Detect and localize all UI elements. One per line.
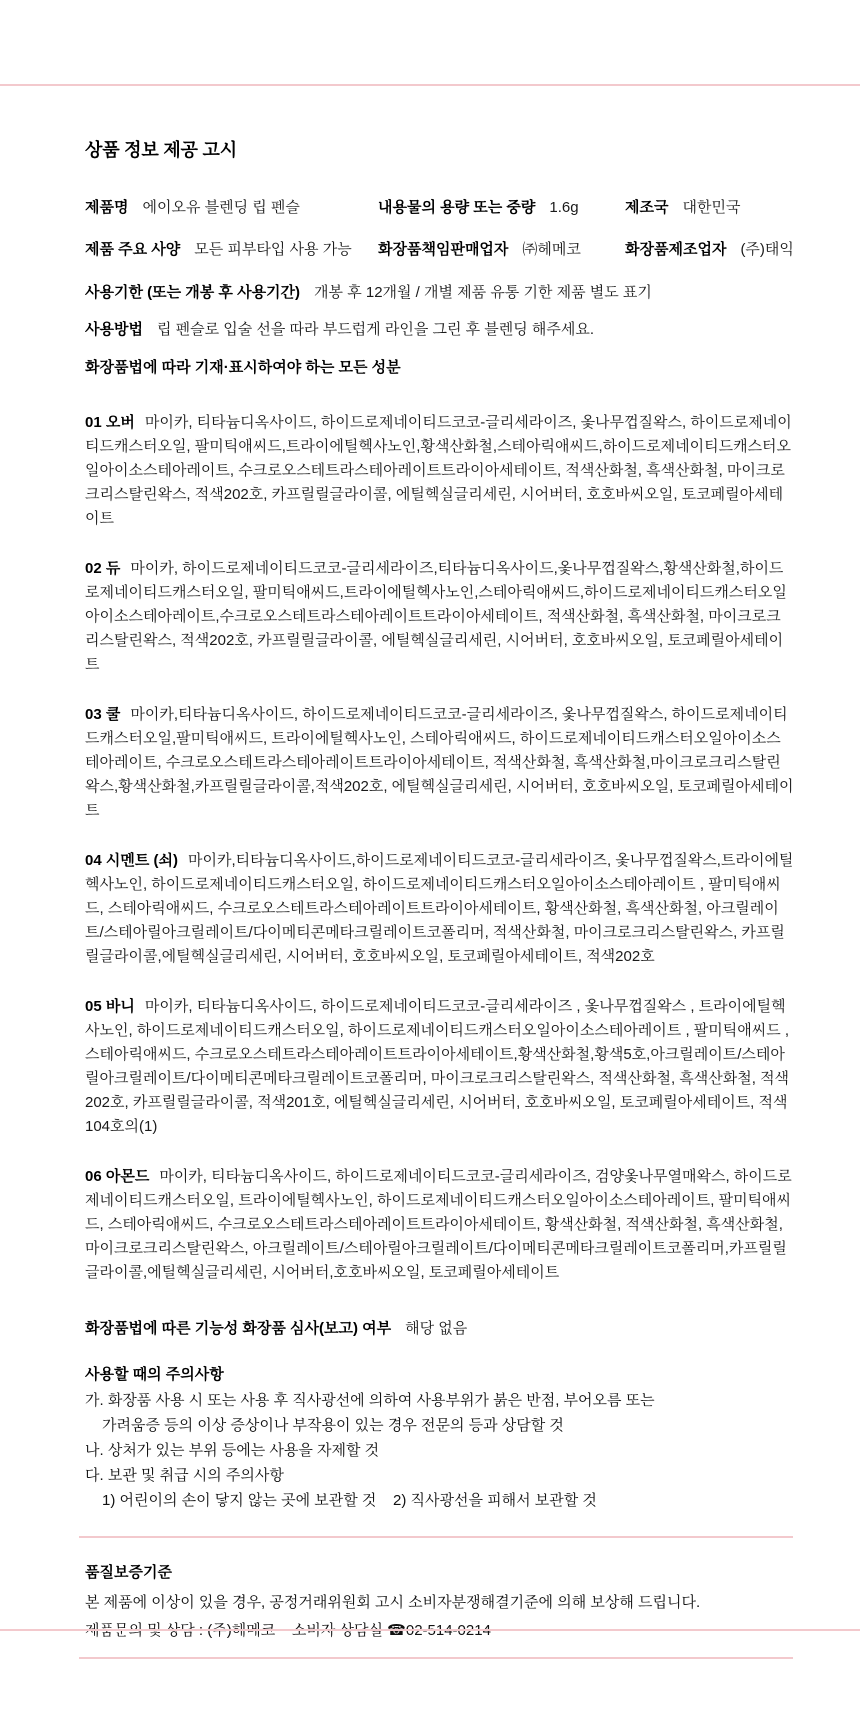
usage-field: 사용방법립 펜슬로 입술 선을 따라 부드럽게 라인을 그린 후 블렌딩 해주세…: [85, 320, 795, 340]
expiry-field: 사용기한 (또는 개봉 후 사용기간)개봉 후 12개월 / 개별 제품 유통 …: [85, 283, 795, 303]
info-row-1: 제품명에이오유 블렌딩 립 펜슬 내용물의 용량 또는 중량1.6g 제조국대한…: [85, 198, 795, 218]
warranty-line-2: 제품문의 및 상담 : (주)헤메코 소비자 상담실 ☎02-514-0214: [85, 1617, 795, 1645]
page-title: 상품 정보 제공 고시: [85, 139, 795, 161]
ingredient-text-05: 마이카, 티타늄디옥사이드, 하이드로제네이티드코코-글리세라이즈 , 옻나무껍…: [85, 998, 789, 1135]
caution-line-3: 나. 상처가 있는 부위 등에는 사용을 자제할 것: [85, 1438, 795, 1463]
product-spec-label: 제품 주요 사양: [85, 241, 180, 258]
page-bottom-divider: [0, 1629, 860, 1631]
warranty-top-divider: [79, 1536, 793, 1538]
origin-country-field: 제조국대한민국: [625, 198, 795, 218]
seller-field: 화장품책임판매업자㈜헤메코: [378, 240, 625, 260]
ingredient-block-04: 04 시멘트 (쇠)마이카,티타늄디옥사이드,하이드로제네이티드코코-글리세라이…: [85, 849, 795, 969]
top-divider: [0, 84, 860, 86]
product-info-section: 상품 정보 제공 고시 제품명에이오유 블렌딩 립 펜슬 내용물의 용량 또는 …: [0, 0, 860, 1659]
origin-country-label: 제조국: [625, 199, 668, 216]
caution-heading: 사용할 때의 주의사항: [85, 1365, 795, 1385]
usage-label: 사용방법: [85, 321, 143, 338]
seller-value: ㈜헤메코: [522, 241, 580, 258]
product-spec-value: 모든 피부타입 사용 가능: [194, 241, 351, 258]
expiry-value: 개봉 후 12개월 / 개별 제품 유통 기한 제품 별도 표기: [314, 284, 652, 301]
usage-value: 립 펜슬로 입술 선을 따라 부드럽게 라인을 그린 후 블렌딩 해주세요.: [157, 321, 594, 338]
ingredient-name-06: 06 아몬드: [85, 1168, 149, 1185]
content-weight-value: 1.6g: [549, 199, 578, 216]
caution-line-4: 다. 보관 및 취급 시의 주의사항: [85, 1463, 795, 1488]
ingredient-block-05: 05 바니마이카, 티타늄디옥사이드, 하이드로제네이티드코코-글리세라이즈 ,…: [85, 995, 795, 1139]
ingredient-name-05: 05 바니: [85, 998, 135, 1015]
ingredient-name-04: 04 시멘트 (쇠): [85, 852, 178, 869]
manufacturer-field: 화장품제조업자(주)태익: [625, 240, 795, 260]
ingredients-heading: 화장품법에 따라 기재·표시하여야 하는 모든 성분: [85, 358, 795, 378]
product-spec-field: 제품 주요 사양모든 피부타입 사용 가능: [85, 240, 378, 260]
ingredient-text-01: 마이카, 티타늄디옥사이드, 하이드로제네이티드코코-글리세라이즈, 옻나무껍질…: [85, 414, 792, 527]
ingredient-block-03: 03 쿨마이카,티타늄디옥사이드, 하이드로제네이티드코코-글리세라이즈, 옻나…: [85, 703, 795, 823]
expiry-label: 사용기한 (또는 개봉 후 사용기간): [85, 284, 300, 301]
product-name-label: 제품명: [85, 199, 128, 216]
ingredient-text-06: 마이카, 티타늄디옥사이드, 하이드로제네이티드코코-글리세라이즈, 검양옻나무…: [85, 1168, 792, 1281]
caution-line-2: 가려움증 등의 이상 증상이나 부작용이 있는 경우 전문의 등과 상담할 것: [85, 1413, 795, 1438]
functional-review-value: 해당 없음: [405, 1320, 467, 1337]
ingredient-name-01: 01 오버: [85, 414, 135, 431]
ingredient-text-03: 마이카,티타늄디옥사이드, 하이드로제네이티드코코-글리세라이즈, 옻나무껍질왁…: [85, 706, 793, 819]
functional-review-label: 화장품법에 따른 기능성 화장품 심사(보고) 여부: [85, 1320, 391, 1337]
caution-line-1: 가. 화장품 사용 시 또는 사용 후 직사광선에 의하여 사용부위가 붉은 반…: [85, 1388, 795, 1413]
content-weight-field: 내용물의 용량 또는 중량1.6g: [378, 198, 625, 218]
ingredient-text-04: 마이카,티타늄디옥사이드,하이드로제네이티드코코-글리세라이즈, 옻나무껍질왁스…: [85, 852, 793, 965]
functional-review-field: 화장품법에 따른 기능성 화장품 심사(보고) 여부해당 없음: [85, 1319, 795, 1339]
product-name-field: 제품명에이오유 블렌딩 립 펜슬: [85, 198, 378, 218]
content-weight-label: 내용물의 용량 또는 중량: [378, 199, 535, 216]
caution-line-5: 1) 어린이의 손이 닿지 않는 곳에 보관할 것 2) 직사광선을 피해서 보…: [85, 1488, 795, 1513]
origin-country-value: 대한민국: [682, 199, 740, 216]
ingredient-block-02: 02 듀마이카, 하이드로제네이티드코코-글리세라이즈,티타늄디옥사이드,옻나무…: [85, 557, 795, 677]
info-row-2: 제품 주요 사양모든 피부타입 사용 가능 화장품책임판매업자㈜헤메코 화장품제…: [85, 240, 795, 260]
warranty-line-1: 본 제품에 이상이 있을 경우, 공정거래위원회 고시 소비자분쟁해결기준에 의…: [85, 1589, 795, 1617]
manufacturer-label: 화장품제조업자: [625, 241, 726, 258]
product-name-value: 에이오유 블렌딩 립 펜슬: [142, 199, 299, 216]
ingredient-block-01: 01 오버마이카, 티타늄디옥사이드, 하이드로제네이티드코코-글리세라이즈, …: [85, 411, 795, 531]
ingredient-block-06: 06 아몬드마이카, 티타늄디옥사이드, 하이드로제네이티드코코-글리세라이즈,…: [85, 1165, 795, 1285]
ingredient-name-02: 02 듀: [85, 560, 120, 577]
seller-label: 화장품책임판매업자: [378, 241, 508, 258]
warranty-bottom-divider: [79, 1657, 793, 1659]
ingredient-name-03: 03 쿨: [85, 706, 120, 723]
warranty-heading: 품질보증기준: [85, 1563, 795, 1583]
manufacturer-value: (주)태익: [740, 241, 793, 258]
ingredient-text-02: 마이카, 하이드로제네이티드코코-글리세라이즈,티타늄디옥사이드,옻나무껍질왁스…: [85, 560, 787, 673]
